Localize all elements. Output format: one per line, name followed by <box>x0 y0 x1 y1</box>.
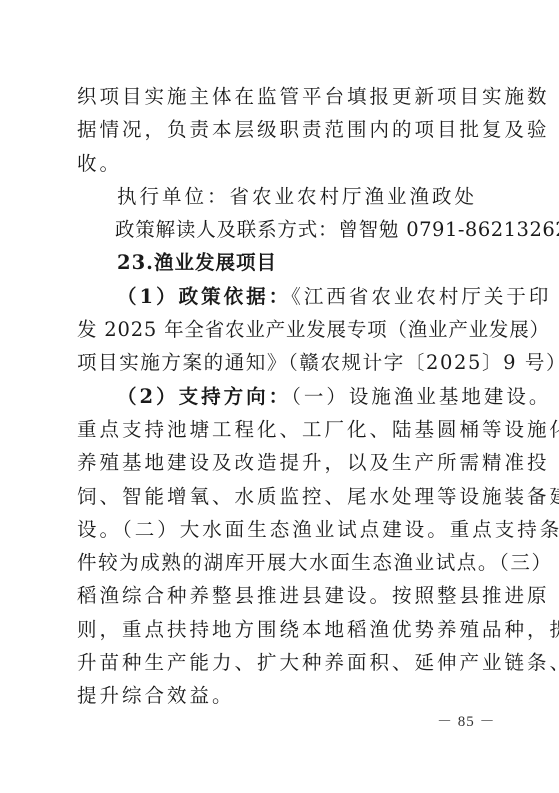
support-direction-line: 提升综合效益。 <box>77 679 483 712</box>
support-direction-line: 稻渔综合种养整县推进县建设。按照整县推进原 <box>77 579 483 612</box>
policy-basis-line: （1）政策依据：《江西省农业农村厅关于印 <box>77 280 483 313</box>
section-heading: 23.渔业发展项目 <box>77 246 483 279</box>
policy-basis-label: （1）政策依据： <box>117 285 291 308</box>
support-direction-line: 则，重点扶持地方围绕本地稻渔优势养殖品种，提 <box>77 613 483 646</box>
support-direction-line: （2）支持方向：（一）设施渔业基地建设。 <box>77 380 483 413</box>
executing-unit-label: 执行单位： <box>117 185 230 208</box>
contact-label: 政策解读人及联系方式： <box>115 218 338 241</box>
support-direction-text: （一）设施渔业基地建设。 <box>291 385 551 408</box>
paragraph-line: 织项目实施主体在监管平台填报更新项目实施数 <box>77 80 483 113</box>
executing-unit-value: 省农业农村厅渔业渔政处 <box>230 185 478 208</box>
support-direction-line: 饲、智能增氧、水质监控、尾水处理等设施装备建 <box>77 480 483 513</box>
document-page: 织项目实施主体在监管平台填报更新项目实施数 据情况，负责本层级职责范围内的项目批… <box>77 80 483 713</box>
policy-basis-line: 项目实施方案的通知》（赣农规计字〔2025〕9 号） <box>77 346 483 379</box>
support-direction-line: 升苗种生产能力、扩大种养面积、延伸产业链条、 <box>77 646 483 679</box>
contact-phone: 0791-86213262 <box>406 218 559 241</box>
section-title: 渔业发展项目 <box>154 251 277 274</box>
page-number: － 85 － <box>437 710 496 731</box>
policy-basis-line: 发 2025 年全省农业产业发展专项（渔业产业发展） <box>77 313 483 346</box>
support-direction-line: 重点支持池塘工程化、工厂化、陆基圆桶等设施化 <box>77 413 483 446</box>
contact-name: 曾智勉 <box>338 218 399 241</box>
support-direction-line: 件较为成熟的湖库开展大水面生态渔业试点。（三） <box>77 546 483 579</box>
contact-line: 政策解读人及联系方式：曾智勉 0791-86213262 <box>77 213 483 246</box>
paragraph-line: 据情况，负责本层级职责范围内的项目批复及验 <box>77 113 483 146</box>
policy-basis-text: 《江西省农业农村厅关于印 <box>291 285 551 308</box>
support-direction-line: 设。（二）大水面生态渔业试点建设。重点支持条 <box>77 513 483 546</box>
executing-unit-line: 执行单位：省农业农村厅渔业渔政处 <box>77 180 483 213</box>
support-direction-label: （2）支持方向： <box>117 385 291 408</box>
support-direction-line: 养殖基地建设及改造提升，以及生产所需精准投 <box>77 446 483 479</box>
section-number: 23. <box>117 251 154 274</box>
paragraph-line: 收。 <box>77 147 483 180</box>
